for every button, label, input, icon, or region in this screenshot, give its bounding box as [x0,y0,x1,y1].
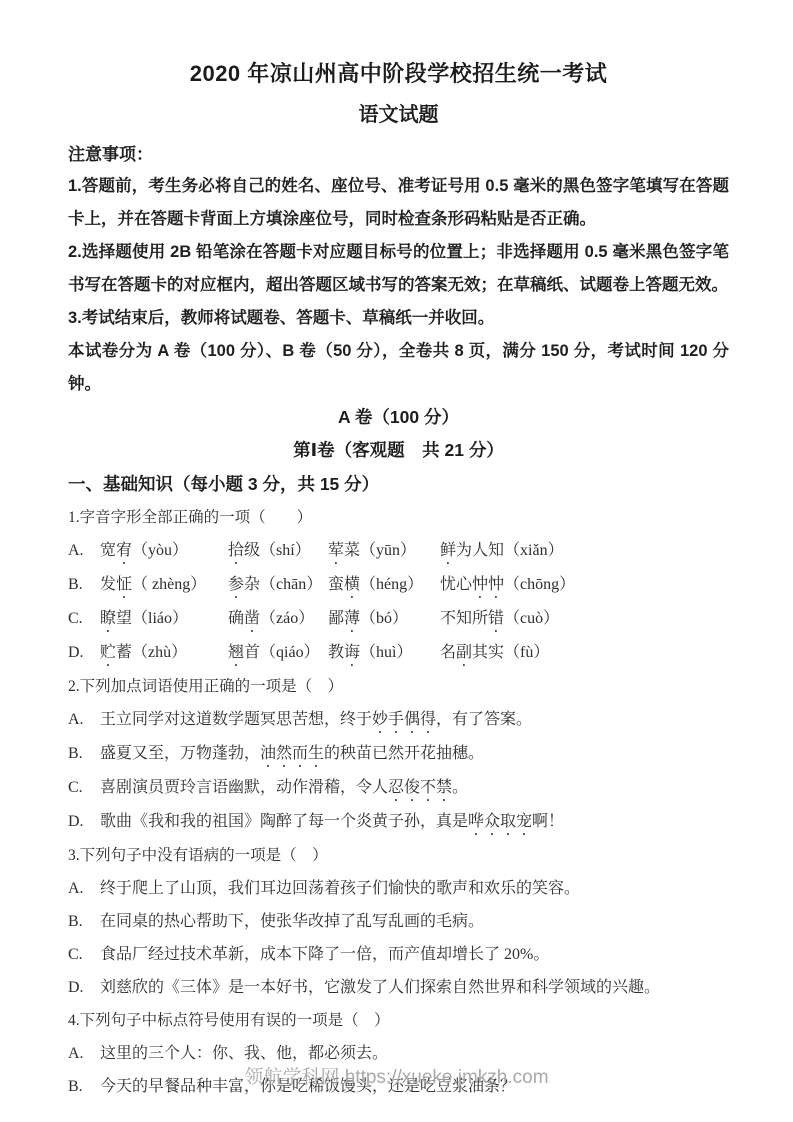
question-3-option-c: C. 食品厂经过技术革新，成本下降了一倍，而产值却增长了 20%。 [68,938,729,971]
volume-a-heading: A 卷（100 分） [68,401,729,434]
option-text: 歌曲《我和我的祖国》陶醉了每一个炎黄子孙，真是哗众取宠啊！ [100,805,729,839]
emphasized-characters: 拾 [228,542,244,559]
question-3-option-a: A. 终于爬上了山顶，我们耳边回荡着孩子们愉快的歌声和欢乐的笑容。 [68,872,729,905]
option-cell: 忧心忡忡（chōng） [440,568,729,602]
emphasized-characters: 瞭 [100,610,116,627]
emphasized-characters: 翘 [228,644,244,661]
option-text: 刘慈欣的《三体》是一本好书，它激发了人们探索自然世界和科学领域的兴趣。 [100,971,729,1004]
emphasized-characters: 怔 [116,576,132,593]
question-2-option-d: D. 歌曲《我和我的祖国》陶醉了每一个炎黄子孙，真是哗众取宠啊！ [68,805,729,839]
option-cell: 名副其实（fù） [440,636,729,670]
exam-content: 2020 年凉山州高中阶段学校招生统一考试 语文试题 注意事项： 1.答题前，考… [68,60,729,1103]
option-cell: 教诲（huì） [328,636,440,670]
page-subtitle: 语文试题 [68,102,729,128]
emphasized-characters: 妙手偶得 [372,711,436,728]
option-cell: 拾级（shí） [228,534,328,568]
question-3-option-b: B. 在同桌的热心帮助下，使张华改掉了乱写乱画的毛病。 [68,905,729,938]
option-label: D. [68,805,100,838]
option-text: 王立同学对这道数学题冥思苦想，终于妙手偶得，有了答案。 [100,703,729,737]
option-label: D. [68,636,100,669]
emphasized-characters: 薄 [344,610,360,627]
page-title: 2020 年凉山州高中阶段学校招生统一考试 [68,60,729,88]
emphasized-characters: 忡忡 [472,576,504,593]
option-label: B. [68,905,100,938]
option-cell: 贮蓄（zhù） [100,636,228,670]
option-cell: 瞭望（liáo） [100,602,228,636]
option-label: A. [68,534,100,567]
notice-item-1: 1.答题前，考生务必将自己的姓名、座位号、准考证号用 0.5 毫米的黑色签字笔填… [68,170,729,236]
question-1-stem: 1.字音字形全部正确的一项（ ） [68,501,729,534]
option-label: C. [68,938,100,971]
question-2-stem: 2.下列加点词语使用正确的一项是（ ） [68,670,729,703]
notice-item-3: 3.考试结束后，教师将试题卷、答题卡、草稿纸一并收回。 [68,302,729,335]
emphasized-characters: 宥 [116,542,132,559]
notice-item-2: 2.选择题使用 2B 铅笔涂在答题卡对应题目标号的位置上；非选择题用 0.5 毫… [68,236,729,302]
option-text: 盛夏又至，万物蓬勃，油然而生的秧苗已然开花抽穗。 [100,737,729,771]
question-1-option-a: A. 宽宥（yòu） 拾级（shí） 荤菜（yūn） 鲜为人知（xiǎn） [68,534,729,568]
question-1-option-d: D. 贮蓄（zhù） 翘首（qiáo） 教诲（huì） 名副其实（fù） [68,636,729,670]
option-label: A. [68,872,100,905]
notice-summary: 本试卷分为 A 卷（100 分）、B 卷（50 分），全卷共 8 页，满分 15… [68,335,729,401]
emphasized-characters: 错 [488,610,504,627]
question-2-option-c: C. 喜剧演员贾玲言语幽默，动作滑稽，令人忍俊不禁。 [68,771,729,805]
section1-heading: 一、基础知识（每小题 3 分，共 15 分） [68,467,729,501]
option-cell: 不知所错（cuò） [440,602,729,636]
option-label: B. [68,737,100,770]
option-cell: 蛮横（héng） [328,568,440,602]
emphasized-characters: 贮 [100,644,116,661]
emphasized-characters: 油然而生 [260,745,324,762]
option-label: B. [68,568,100,601]
option-text: 在同桌的热心帮助下，使张华改掉了乱写乱画的毛病。 [100,905,729,938]
option-label: D. [68,971,100,1004]
part1-heading: 第Ⅰ卷（客观题 共 21 分） [68,434,729,467]
option-cell: 参杂（chān） [228,568,328,602]
emphasized-characters: 横 [344,576,360,593]
question-1-option-b: B. 发怔（ zhèng） 参杂（chān） 蛮横（héng） 忧心忡忡（chō… [68,568,729,602]
emphasized-characters: 参 [228,576,244,593]
question-2-option-b: B. 盛夏又至，万物蓬勃，油然而生的秧苗已然开花抽穗。 [68,737,729,771]
question-2-option-a: A. 王立同学对这道数学题冥思苦想，终于妙手偶得，有了答案。 [68,703,729,737]
option-text: 喜剧演员贾玲言语幽默，动作滑稽，令人忍俊不禁。 [100,771,729,805]
question-1-option-c: C. 瞭望（liáo） 确凿（záo） 鄙薄（bó） 不知所错（cuò） [68,602,729,636]
option-cell: 发怔（ zhèng） [100,568,228,602]
option-cell: 翘首（qiáo） [228,636,328,670]
emphasized-characters: 忍俊不禁 [388,779,452,796]
emphasized-characters: 哗众取宠 [468,813,532,830]
footer-watermark: 领航学科网 https://xueke.jmkzh.com [0,1066,793,1090]
question-3-option-d: D. 刘慈欣的《三体》是一本好书，它激发了人们探索自然世界和科学领域的兴趣。 [68,971,729,1004]
notice-heading: 注意事项： [68,140,729,170]
option-cell: 荤菜（yūn） [328,534,440,568]
option-cell: 确凿（záo） [228,602,328,636]
emphasized-characters: 荤 [328,542,344,559]
option-label: C. [68,602,100,635]
option-cell: 鄙薄（bó） [328,602,440,636]
exam-paper-page: 2020 年凉山州高中阶段学校招生统一考试 语文试题 注意事项： 1.答题前，考… [0,0,793,1122]
emphasized-characters: 凿 [244,610,260,627]
option-text: 食品厂经过技术革新，成本下降了一倍，而产值却增长了 20%。 [100,938,729,971]
option-cell: 鲜为人知（xiǎn） [440,534,729,568]
option-cell: 宽宥（yòu） [100,534,228,568]
option-label: C. [68,771,100,804]
question-3-stem: 3.下列句子中没有语病的一项是（ ） [68,839,729,872]
emphasized-characters: 副 [456,644,472,661]
emphasized-characters: 鲜 [440,542,456,559]
option-text: 终于爬上了山顶，我们耳边回荡着孩子们愉快的歌声和欢乐的笑容。 [100,872,729,905]
question-4-stem: 4.下列句子中标点符号使用有误的一项是（ ） [68,1004,729,1037]
option-label: A. [68,703,100,736]
emphasized-characters: 诲 [344,644,360,661]
